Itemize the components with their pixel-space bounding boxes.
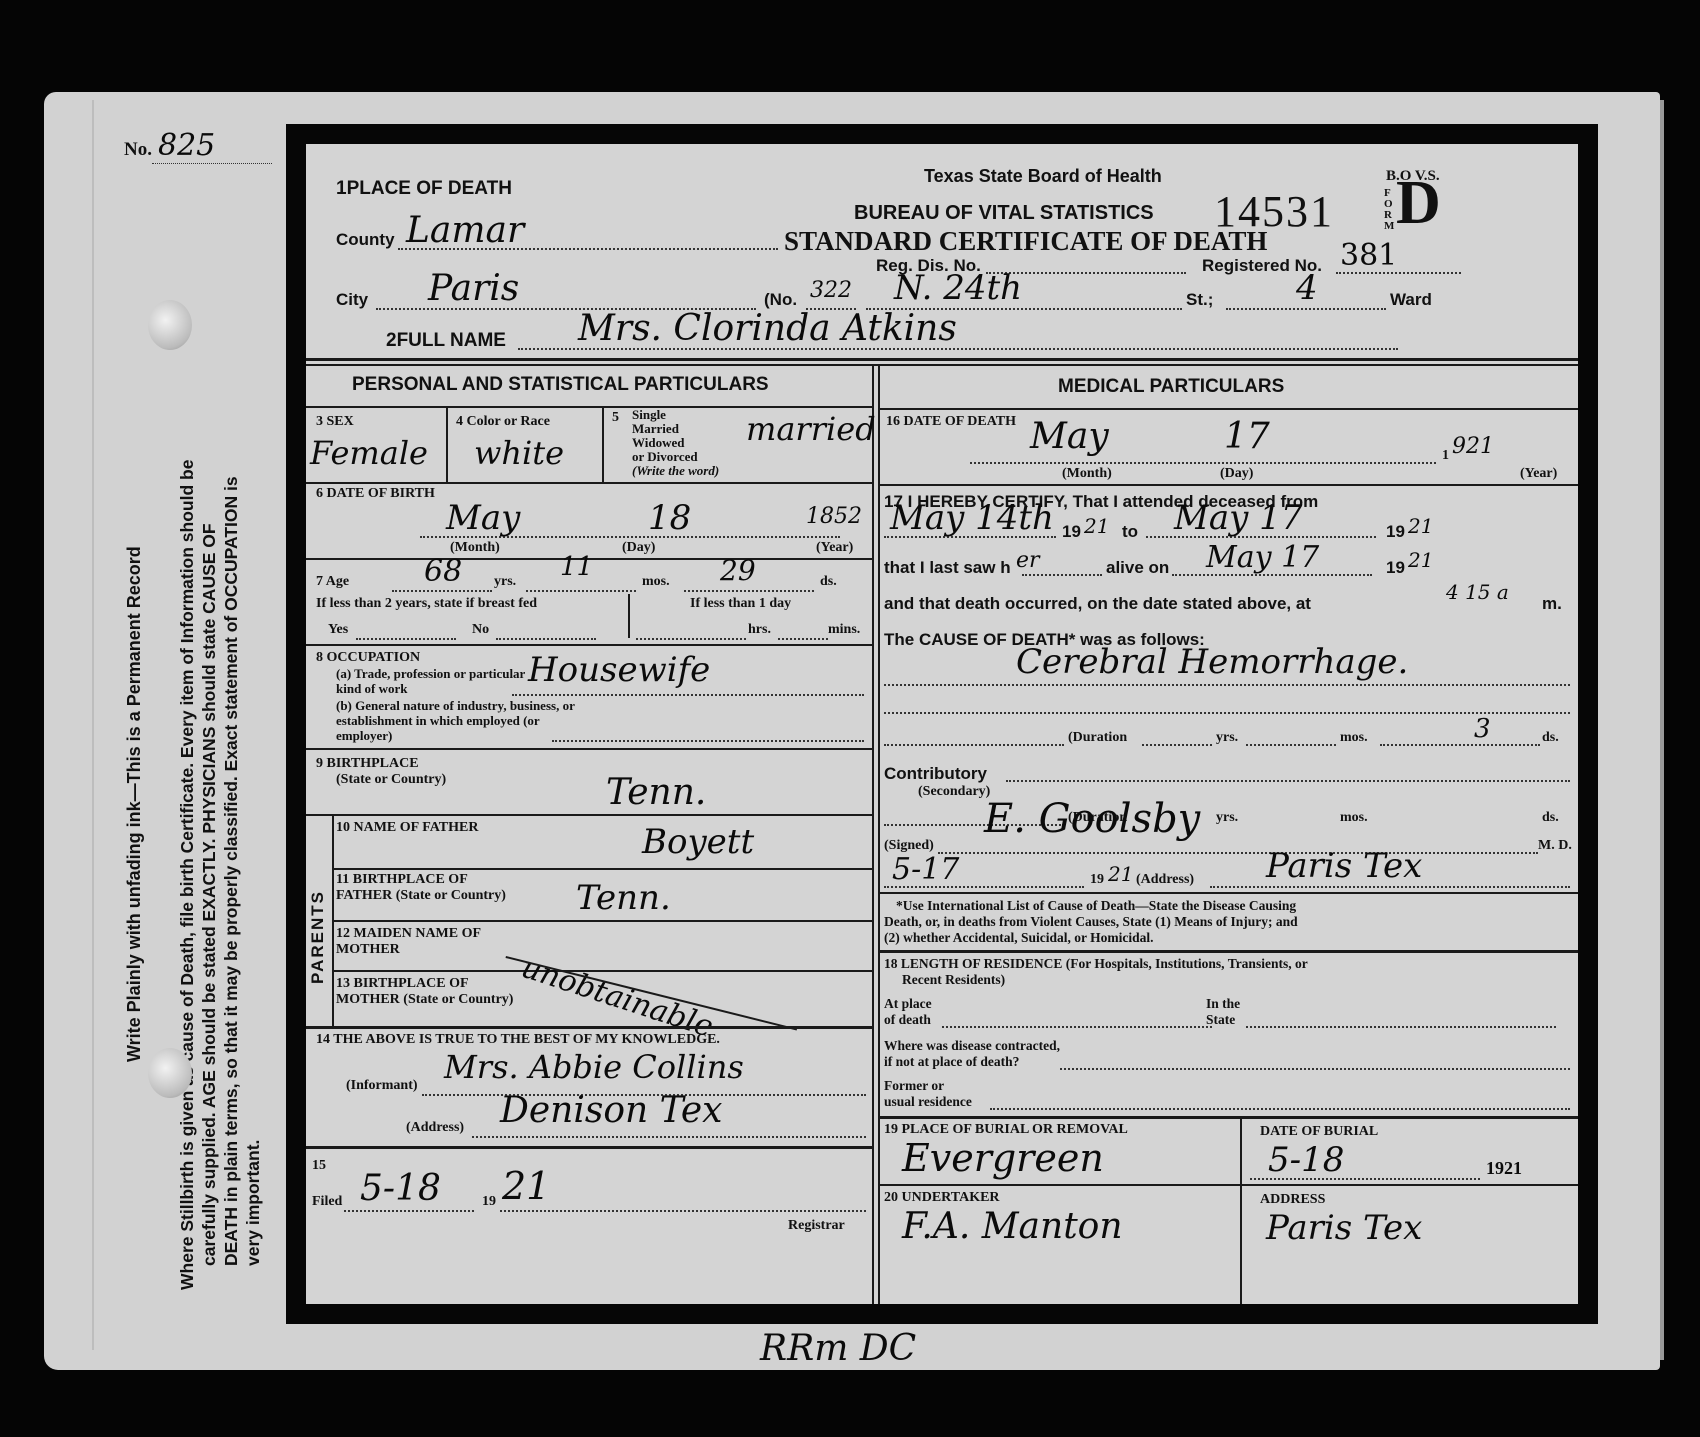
hours-caption: hrs.: [748, 622, 771, 638]
street-no-value: 322: [810, 278, 852, 303]
city-label: City: [336, 290, 368, 310]
undertaker-address-value: Paris Tex: [1266, 1208, 1422, 1248]
breast-fed-yes: Yes: [328, 622, 348, 638]
certificate-frame: 1PLACE OF DEATH Texas State Board of Hea…: [286, 124, 1598, 1324]
signed-date: 5-17: [892, 852, 959, 887]
burial-date-value: 5-18: [1268, 1140, 1344, 1180]
filed-year-prefix: 19: [482, 1194, 496, 1210]
sex-value: Female: [310, 434, 428, 472]
breast-fed-no: No: [472, 622, 489, 638]
in-the-label: In the: [1206, 996, 1240, 1012]
dob-day: 18: [648, 498, 691, 538]
duration-yrs-caption: yrs.: [1216, 730, 1238, 746]
occupation-value: Housewife: [528, 650, 710, 690]
age-years: 68: [424, 554, 462, 589]
days-caption: ds.: [820, 574, 837, 590]
street-value: N. 24th: [894, 268, 1022, 308]
secondary-label: (Secondary): [918, 784, 990, 800]
county-value: Lamar: [406, 210, 524, 251]
undertaker-label: 20 UNDERTAKER: [884, 1190, 1000, 1206]
undertaker-value: F.A. Manton: [902, 1206, 1123, 1247]
burial-date-label: DATE OF BURIAL: [1260, 1124, 1378, 1140]
county-label: County: [336, 230, 395, 250]
filed-date: 5-18: [360, 1168, 441, 1209]
duration-label: (Duration: [1068, 730, 1127, 746]
mother-name-label: 12 MAIDEN NAME OF MOTHER: [336, 926, 506, 958]
state-label: State: [1206, 1012, 1235, 1028]
registered-value: 381: [1340, 238, 1397, 273]
burial-place-value: Evergreen: [902, 1136, 1104, 1180]
contracted-label-2: if not at place of death?: [884, 1054, 1019, 1070]
to-year-prefix: 19: [1386, 522, 1405, 542]
stub-number-value: 825: [152, 128, 272, 164]
dob-year: 1852: [806, 504, 862, 529]
death-day-caption: (Day): [1220, 466, 1253, 482]
marital-options: Single Married Widowed or Divorced (Writ…: [632, 408, 719, 478]
date-of-death-label: 16 DATE OF DEATH: [886, 414, 1016, 430]
death-time: 4 15 a: [1446, 580, 1509, 604]
alive-on-label: alive on: [1106, 558, 1169, 578]
years-caption: yrs.: [494, 574, 516, 590]
father-name-label: 10 NAME OF FATHER: [336, 820, 496, 836]
ward-value: 4: [1296, 268, 1318, 308]
punch-hole-bottom: [148, 1048, 192, 1098]
usual-residence-label: usual residence: [884, 1094, 972, 1110]
filed-year: 21: [502, 1164, 550, 1208]
former-label: Former or: [884, 1078, 944, 1094]
stamp-number: 14531: [1214, 186, 1334, 237]
father-birthplace-value: Tenn.: [576, 878, 671, 918]
occupation-a-label: (a) Trade, profession or particular kind…: [336, 666, 546, 696]
age-months: 11: [560, 552, 593, 582]
column-divider: [872, 364, 874, 1304]
duration-days: 3: [1474, 714, 1491, 744]
parents-label: PARENTS: [308, 890, 328, 984]
form-letter: D: [1396, 172, 1441, 234]
dob-month: May: [446, 498, 520, 538]
footnote-line-2: Death, or, in deaths from Violent Causes…: [884, 914, 1298, 930]
birthplace-sub: (State or Country): [336, 772, 446, 788]
undertaker-address-label: ADDRESS: [1260, 1192, 1325, 1208]
alive-year: 21: [1408, 548, 1433, 572]
stub-instructions: Where Stillbirth is given as cause of De…: [176, 460, 264, 1290]
at-place-label: At place: [884, 996, 932, 1012]
to-year: 21: [1408, 514, 1433, 538]
stub-number: No.825: [124, 128, 272, 164]
father-name-value: Boyett: [642, 822, 754, 862]
filed-label: Filed: [312, 1194, 342, 1210]
birthplace-value: Tenn.: [606, 772, 706, 813]
md-label: M. D.: [1538, 838, 1572, 854]
duration-ds-caption: ds.: [1542, 730, 1559, 746]
attended-to: May 17: [1174, 498, 1302, 538]
to-label: to: [1122, 522, 1138, 542]
address-label: (Address): [406, 1120, 464, 1136]
place-of-death-label: 1PLACE OF DEATH: [336, 178, 512, 200]
from-year: 21: [1084, 514, 1109, 538]
informant-address: Denison Tex: [500, 1090, 722, 1131]
contributory-label: Contributory: [884, 764, 987, 784]
registrar-label: Registrar: [788, 1218, 845, 1234]
alive-on-date: May 17: [1206, 540, 1319, 575]
death-day: 17: [1224, 416, 1270, 457]
mother-birthplace-label: 13 BIRTHPLACE OF MOTHER (State or Countr…: [336, 976, 516, 1008]
permanent-record-note: Write Plainly with unfading ink—This is …: [124, 546, 145, 1062]
signed-year-prefix: 19: [1090, 872, 1104, 888]
dob-year-caption: (Year): [816, 540, 853, 556]
contracted-label: Where was disease contracted,: [884, 1038, 1060, 1054]
father-birthplace-label: 11 BIRTHPLACE OF FATHER (State or Countr…: [336, 872, 526, 904]
contrib-mos-caption: mos.: [1340, 810, 1368, 826]
bottom-annotation: RRm DC: [760, 1328, 916, 1369]
death-month-caption: (Month): [1062, 466, 1112, 482]
death-year: 921: [1452, 434, 1494, 459]
months-caption: mos.: [642, 574, 670, 590]
m-label: m.: [1542, 594, 1562, 614]
personal-section-title: PERSONAL AND STATISTICAL PARTICULARS: [352, 374, 769, 396]
dob-label: 6 DATE OF BIRTH: [316, 486, 435, 502]
age-days: 29: [720, 554, 756, 587]
age-label: 7 Age: [316, 574, 349, 590]
burial-year: 1921: [1486, 1158, 1522, 1179]
death-year-prefix: 1: [1442, 448, 1449, 464]
footnote-line-3: (2) whether Accidental, Suicidal, or Hom…: [884, 930, 1154, 946]
punch-hole-top: [148, 300, 192, 350]
last-saw-pronoun: er: [1016, 548, 1040, 573]
cause-value: Cerebral Hemorrhage.: [1016, 642, 1408, 682]
certificate-title: STANDARD CERTIFICATE OF DEATH: [784, 226, 1267, 257]
death-month: May: [1030, 416, 1109, 457]
from-year-prefix: 19: [1062, 522, 1081, 542]
death-occurred-label: and that death occurred, on the date sta…: [884, 594, 1311, 614]
form-label: FORM: [1384, 188, 1394, 232]
death-year-caption: (Year): [1520, 466, 1557, 482]
contrib-ds-caption: ds.: [1542, 810, 1559, 826]
occupation-b-label: (b) General nature of industry, business…: [336, 698, 576, 743]
sex-label: 3 SEX: [316, 414, 354, 430]
informant-statement: 14 THE ABOVE IS TRUE TO THE BEST OF MY K…: [316, 1032, 720, 1048]
race-label: 4 Color or Race: [456, 414, 550, 430]
minutes-caption: mins.: [828, 622, 860, 638]
of-death-label: of death: [884, 1012, 931, 1028]
alive-year-prefix: 19: [1386, 558, 1405, 578]
ward-label: Ward: [1390, 290, 1432, 310]
duration-mos-caption: mos.: [1340, 730, 1368, 746]
footnote-line-1: *Use International List of Cause of Deat…: [896, 898, 1296, 914]
full-name-label: 2FULL NAME: [386, 330, 506, 352]
occupation-label: 8 OCCUPATION: [316, 650, 420, 666]
informant-label: (Informant): [346, 1078, 418, 1094]
attended-from: May 14th: [890, 498, 1054, 538]
signed-year: 21: [1108, 862, 1133, 886]
informant-value: Mrs. Abbie Collins: [444, 1048, 744, 1086]
bureau-name: BUREAU OF VITAL STATISTICS: [854, 202, 1154, 225]
dob-day-caption: (Day): [622, 540, 655, 556]
filed-number: 15: [312, 1158, 326, 1174]
contrib-yrs-caption: yrs.: [1216, 810, 1238, 826]
street-suffix-label: St.;: [1186, 290, 1213, 310]
city-value: Paris: [428, 268, 519, 309]
mother-unobtainable: unobtainable: [517, 950, 717, 1045]
residence-label: 18 LENGTH OF RESIDENCE (For Hospitals, I…: [884, 956, 1308, 972]
physician-signature: E. Goolsby: [984, 796, 1200, 842]
marital-num: 5: [612, 410, 619, 426]
full-name-value: Mrs. Clorinda Atkins: [578, 308, 957, 349]
race-value: white: [474, 434, 564, 472]
less-than-day-label: If less than 1 day: [690, 596, 791, 612]
street-no-label: (No.: [764, 290, 797, 310]
residence-label-2: Recent Residents): [902, 972, 1005, 988]
marital-value: married: [746, 410, 876, 448]
birthplace-label: 9 BIRTHPLACE: [316, 756, 419, 772]
signed-address-label: (Address): [1136, 872, 1194, 888]
last-saw-label: that I last saw h: [884, 558, 1011, 578]
stub-fold-line: [92, 100, 94, 1350]
board-name: Texas State Board of Health: [924, 166, 1162, 187]
breast-fed-label: If less than 2 years, state if breast fe…: [316, 596, 537, 612]
medical-section-title: MEDICAL PARTICULARS: [1058, 376, 1284, 398]
signed-address: Paris Tex: [1266, 846, 1422, 886]
